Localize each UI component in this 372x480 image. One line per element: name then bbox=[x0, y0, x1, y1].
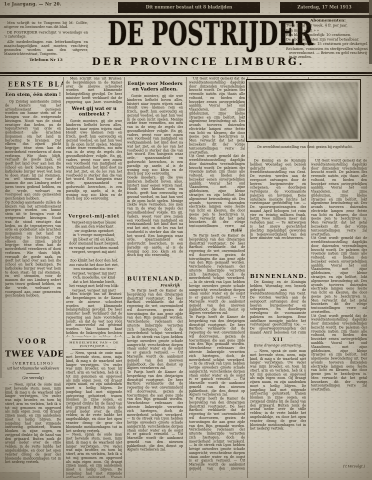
feuilleton-separator: MENGELWERK VAN « DE POSTRIJDER » bbox=[66, 340, 122, 350]
body-text: Men schrijft ons uit Brussel: de besprek… bbox=[66, 77, 122, 104]
issue-number-label: 1e Jaargang. — Nr 20. bbox=[4, 2, 62, 7]
scan-edge-smudge bbox=[0, 248, 2, 378]
publication-days-line: DE POSTRIJDER verschijnt ’s woensdags en… bbox=[4, 31, 88, 39]
publisher-info-line: Men schrijft in: te Tongeren bij M. Coll… bbox=[4, 21, 88, 29]
body-text: Goede moeders, gij die uwe kinderen lief… bbox=[66, 120, 122, 211]
body-text: Te Parijs heeft de Kamer de bespreking v… bbox=[127, 289, 183, 470]
serial-rule bbox=[27, 373, 40, 374]
separator-rule bbox=[72, 340, 116, 341]
serial-pretitle: VOOR bbox=[5, 338, 61, 346]
subscription-rate-line: Twee maal per week, 4 fr. per jaar. bbox=[286, 24, 370, 28]
date-banner: Zaterdag, 17 Mei 1913 bbox=[280, 2, 369, 13]
body-text: — Neen, sprak de oude man met bevende st… bbox=[66, 352, 122, 478]
serial-part: (2e vervolg) bbox=[5, 376, 61, 380]
body-text: Op Zondag aanstaande zullen de kiezers v… bbox=[5, 100, 61, 331]
body-text: — Neen, sprak de oude man met bevende st… bbox=[250, 350, 306, 469]
body-text: Te Parijs heeft de Kamer de bespreking v… bbox=[189, 234, 245, 471]
chapter-heading: XIIEene droevige ontmoeting. bbox=[250, 338, 306, 348]
subscription-rate-line: Aankondigingen: 15 centiemen per drukreg… bbox=[286, 42, 370, 46]
article-title: Weet gij wat er u ontbreekt ? bbox=[66, 106, 122, 117]
body-text: De Koning en de Koningin hebben Woensdag… bbox=[250, 281, 306, 334]
body-text: — Neen, sprak de oude man met bevende st… bbox=[5, 383, 61, 478]
body-text: Uit Gent wordt gemeld dat de wereldtento… bbox=[311, 159, 367, 463]
poem: Vergeet-mij-nietjes blauw,die aan den wa… bbox=[66, 221, 122, 293]
newspaper-subtitle: DER PROVINCIE LIMBURG. bbox=[92, 57, 302, 68]
poem-title: Vergeet-mij-niet bbox=[66, 214, 122, 220]
country-subheading: Frankrijk bbox=[127, 283, 180, 288]
subscription-rate-line: Een blad afzonderlijk: 10 centiemen. bbox=[286, 33, 370, 37]
article-title: Eentje voor Moeders en Vaders alleen. bbox=[127, 81, 183, 92]
column-1: EERSTE BLADEen stem, één stem !Op Zondag… bbox=[3, 77, 64, 478]
subscription-rate-line: Reclamen, vonnissen en sterfgevallen vol… bbox=[286, 47, 370, 59]
country-subheading: Italië bbox=[189, 228, 242, 233]
column-content: EERSTE BLADEen stem, één stem !Op Zondag… bbox=[5, 81, 61, 478]
photo-aerial-view bbox=[246, 79, 361, 142]
masthead-rule-thick bbox=[0, 72, 372, 74]
newspaper-page: 1e Jaargang. — Nr 20. Dit nummer bestaat… bbox=[0, 0, 372, 480]
column-2: Men schrijft ons uit Brussel: de besprek… bbox=[64, 77, 125, 478]
body-text: De Koning en de Koningin hebben Woensdag… bbox=[250, 159, 306, 270]
submission-info-line: Alle mededeelingen van letterkundigen en… bbox=[4, 40, 88, 56]
pages-notice-banner: Dit nummer bestaat uit 8 bladzijden bbox=[118, 2, 260, 13]
section-heading: BUITENLAND. bbox=[127, 276, 183, 283]
masthead: DE POSTRIJDER DER PROVINCIE LIMBURG. bbox=[92, 16, 302, 68]
body-text: Men schrijft ons uit Brussel: de besprek… bbox=[66, 293, 122, 337]
pages-notice-label: Dit nummer bestaat uit 8 bladzijden bbox=[146, 5, 233, 10]
issue-number: 1e Jaargang. — Nr 20. bbox=[4, 2, 116, 13]
newspaper-title: DE POSTRIJDER bbox=[108, 16, 287, 54]
column-content: Eentje voor Moeders en Vaders alleen.Goe… bbox=[127, 81, 183, 470]
column-3: Eentje voor Moeders en Vaders alleen.Goe… bbox=[125, 77, 186, 478]
chapter-subtitle: Eene droevige ontmoeting. bbox=[250, 344, 306, 348]
column-content: Men schrijft ons uit Brussel: de besprek… bbox=[66, 77, 122, 478]
article-title: Een stem, één stem ! bbox=[5, 92, 61, 98]
rubric-heading: EERSTE BLAD bbox=[8, 81, 58, 90]
serial-story-header: VOORTWEE VADERS(VERTELLING)uit het Vlaam… bbox=[5, 338, 61, 380]
photo-caption: De wereldtentoonstelling van Gent gezien… bbox=[240, 145, 370, 153]
serial-genre: (VERTELLING) bbox=[5, 361, 61, 366]
publisher-info-block: Men schrijft in: te Tongeren bij M. Coll… bbox=[4, 21, 88, 73]
separator-rule bbox=[72, 349, 116, 350]
column-content: Uit Gent wordt gemeld dat de wereldtento… bbox=[189, 77, 245, 471]
serial-origin: uit het Vlaamsche volksleven bbox=[5, 367, 61, 371]
subscription-rates: Twee maal per week, 4 fr. per jaar.Een m… bbox=[286, 24, 370, 60]
feuilleton-label: MENGELWERK VAN « DE POSTRIJDER » bbox=[66, 341, 122, 348]
serial-title: TWEE VADERS bbox=[5, 349, 61, 359]
photo-caption-text: De wereldtentoonstelling van Gent gezien… bbox=[257, 145, 353, 149]
subscription-heading: Abonnementen: bbox=[286, 18, 370, 23]
date-label: Zaterdag, 17 Mei 1913 bbox=[297, 5, 351, 10]
masthead-rule-thin bbox=[0, 75, 372, 76]
chapter-number: XII bbox=[250, 338, 306, 343]
subscription-rate-line: Een maal » » 2 » » bbox=[286, 28, 370, 32]
subscription-rate-line: De abonnementen zijn vooraf betaalbaar. bbox=[286, 38, 370, 42]
telephone-line: Telefoon Nr 13 bbox=[4, 58, 88, 63]
photo-image bbox=[249, 82, 358, 139]
section-heading: BINNENLAND. bbox=[250, 273, 306, 280]
body-text: Uit Gent wordt gemeld dat de wereldtento… bbox=[189, 77, 245, 227]
end-note: (’t Vervolgt.) bbox=[311, 465, 367, 469]
subscription-info-block: Abonnementen: Twee maal per week, 4 fr. … bbox=[286, 18, 370, 73]
body-text: Goede moeders, gij die uwe kinderen lief… bbox=[127, 95, 183, 273]
column-4: Uit Gent wordt gemeld dat de wereldtento… bbox=[187, 77, 248, 478]
